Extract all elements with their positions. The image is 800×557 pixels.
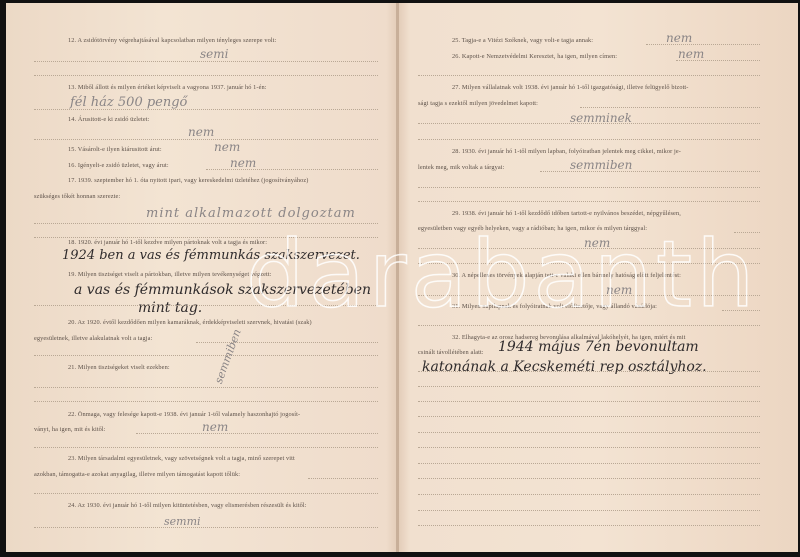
answer-21: semmiben [212, 327, 244, 385]
answer-line [418, 248, 760, 249]
answer-line [418, 201, 760, 202]
answer-16: nem [230, 156, 256, 170]
answer-line [34, 401, 378, 402]
answer-line [418, 386, 760, 387]
answer-line [308, 478, 378, 479]
answer-line [418, 525, 760, 526]
answer-line [418, 401, 760, 402]
question-30: 30. A népellenes törvények alapján tett-… [452, 272, 681, 279]
document-sheet: 12. A zsidótörvény végrehajtásával kapcs… [6, 3, 798, 552]
answer-line [136, 433, 378, 434]
answer-line [206, 169, 378, 170]
answer-12: semi [200, 47, 228, 61]
answer-line [418, 263, 760, 264]
question-21: 21. Milyen tisztségeket viselt ezekben: [68, 364, 170, 371]
question-22-cont: ványt, ha igen, mit és kitől: [34, 426, 106, 433]
question-31: 31. Milyen napilapnak és folyóiratnak vo… [452, 303, 657, 310]
answer-17: mint alkalmazott dolgoztam [146, 206, 356, 221]
answer-line [418, 494, 760, 495]
question-20: 20. Az 1920. évtől kezdődően milyen kama… [68, 319, 312, 326]
answer-line [418, 325, 760, 326]
answer-line [418, 295, 760, 296]
question-20-cont: egyesületnek, illetve alakulatnak volt a… [34, 335, 152, 342]
answer-line [734, 232, 760, 233]
question-14: 14. Árusitott-e ki zsidó üzletet: [68, 116, 149, 123]
question-17-cont: szükséges tőkét honnan szerezte: [34, 193, 120, 200]
question-32-cont: csinált távollétében alatt: [418, 349, 484, 356]
answer-19: a vas és fémmunkások szakszervezetében [74, 282, 371, 298]
question-13: 13. Miből állott és milyen értéket képvi… [68, 84, 267, 91]
answer-line [418, 139, 760, 140]
question-26: 26. Kapott-e Nemzetvédelmi Keresztet, ha… [452, 53, 617, 60]
answer-line [34, 387, 378, 388]
answer-19-cont: mint tag. [138, 300, 202, 316]
answer-line [34, 493, 378, 494]
answer-line [34, 305, 378, 306]
question-29: 29. 1938. évi január hó 1-től kezdődő id… [452, 210, 681, 217]
answer-line [676, 60, 760, 61]
answer-14: nem [188, 125, 214, 139]
answer-25: nem [666, 31, 692, 45]
answer-line [34, 237, 378, 238]
left-page: 12. A zsidótörvény végrehajtásával kapcs… [6, 3, 396, 552]
answer-line [34, 355, 378, 356]
answer-line [34, 139, 378, 140]
answer-line [418, 432, 760, 433]
answer-line [418, 123, 760, 124]
answer-line [540, 171, 760, 172]
question-28: 28. 1930. évi január hó 1-től milyen lap… [452, 148, 681, 155]
answer-line [34, 527, 378, 528]
question-17: 17. 1939. szeptember hó 1. óta nyitott i… [68, 177, 308, 184]
page-fold [396, 3, 399, 552]
answer-line [196, 342, 378, 343]
answer-line [418, 416, 760, 417]
question-25: 25. Tagja-e a Vitézi Széknek, vagy volt-… [452, 37, 593, 44]
answer-line [646, 44, 760, 45]
answer-26: nem [678, 47, 704, 61]
answer-line [34, 75, 378, 76]
answer-line [418, 478, 760, 479]
answer-line [418, 75, 760, 76]
answer-22: nem [202, 420, 228, 434]
answer-line [34, 109, 378, 110]
answer-line [418, 463, 760, 464]
question-27: 27. Milyen vállalatnak volt 1938. évi ja… [452, 84, 688, 91]
question-19: 19. Milyen tisztséget viselt a pártokban… [68, 271, 272, 278]
answer-28: semmiben [570, 158, 632, 172]
question-23: 23. Milyen társadalmi egyesületnek, vagy… [68, 455, 295, 462]
question-15: 15. Vásárolt-e ilyen kiárusitott árut: [68, 146, 162, 153]
question-18: 18. 1920. évi január hó 1-től kezdve mil… [68, 239, 267, 246]
answer-line [722, 310, 760, 311]
answer-line [418, 371, 760, 372]
question-23-cont: azokban, támogatta-e azokat anyagilag, i… [34, 471, 240, 478]
right-page: 25. Tagja-e a Vitézi Széknek, vagy volt-… [400, 3, 798, 552]
answer-line [418, 187, 760, 188]
answer-line [34, 223, 378, 224]
answer-line [34, 61, 378, 62]
answer-32-cont: katonának a Kecskeméti rep osztályhoz. [422, 359, 707, 375]
answer-line [34, 447, 378, 448]
answer-line [418, 510, 760, 511]
question-12: 12. A zsidótörvény végrehajtásával kapcs… [68, 37, 276, 44]
question-22: 22. Önmaga, vagy felesége kapott-e 1938.… [68, 411, 300, 418]
answer-line [418, 447, 760, 448]
answer-13: fél ház 500 pengő [70, 95, 187, 110]
question-27-cont: sági tagja s ezektől milyen jövedelmet k… [418, 100, 538, 107]
question-24: 24. Az 1930. évi január hó 1-től milyen … [68, 502, 307, 509]
question-16: 16. Igényelt-e zsidó üzletet, vagy árut: [68, 162, 169, 169]
question-28-cont: lentek meg, mik voltak a tárgyai: [418, 164, 504, 171]
answer-18: 1924 ben a vas és fémmunkás szakszerveze… [62, 248, 360, 263]
answer-line [580, 107, 760, 108]
question-29-cont: egyesületben vagy egyéb helyeken, vagy a… [418, 225, 647, 232]
answer-32: 1944 május 7én bevonultam [498, 339, 699, 355]
answer-15: nem [214, 140, 240, 154]
